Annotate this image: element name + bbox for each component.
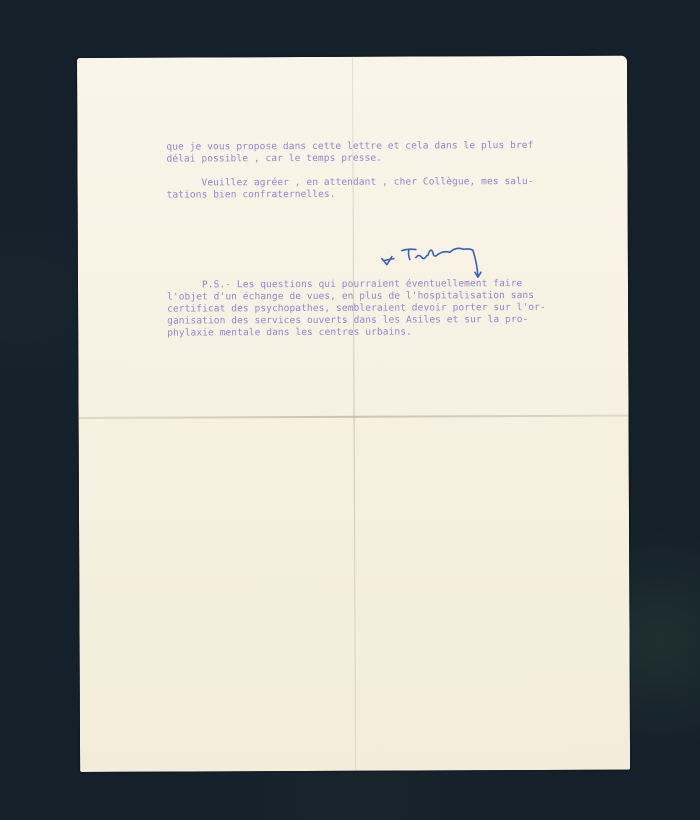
- text-line: l'objet d'un échange de vues, en plus de…: [167, 290, 534, 303]
- closing-request-paragraph: que je vous propose dans cette lettre et…: [166, 140, 533, 166]
- text-line: P.S.- Les questions qui pourraient évent…: [167, 278, 522, 291]
- salutation-paragraph: Veuillez agréer , en attendant , cher Co…: [167, 176, 534, 202]
- text-line: tations bien confraternelles.: [167, 189, 336, 201]
- text-line: que je vous propose dans cette lettre et…: [166, 140, 533, 153]
- postscript-paragraph: P.S.- Les questions qui pourraient évent…: [167, 278, 546, 340]
- text-line: certificat des psychopathes, sembleraien…: [167, 302, 546, 315]
- letter-page: que je vous propose dans cette lettre et…: [77, 56, 630, 772]
- text-line: Veuillez agréer , en attendant , cher Co…: [167, 176, 534, 189]
- text-line: ganisation des services ouverts dans les…: [167, 314, 528, 327]
- text-line: délai possible , car le temps presse.: [166, 153, 382, 165]
- handwritten-signature: [378, 238, 488, 280]
- text-line: phylaxie mentale dans les centres urbain…: [167, 327, 412, 339]
